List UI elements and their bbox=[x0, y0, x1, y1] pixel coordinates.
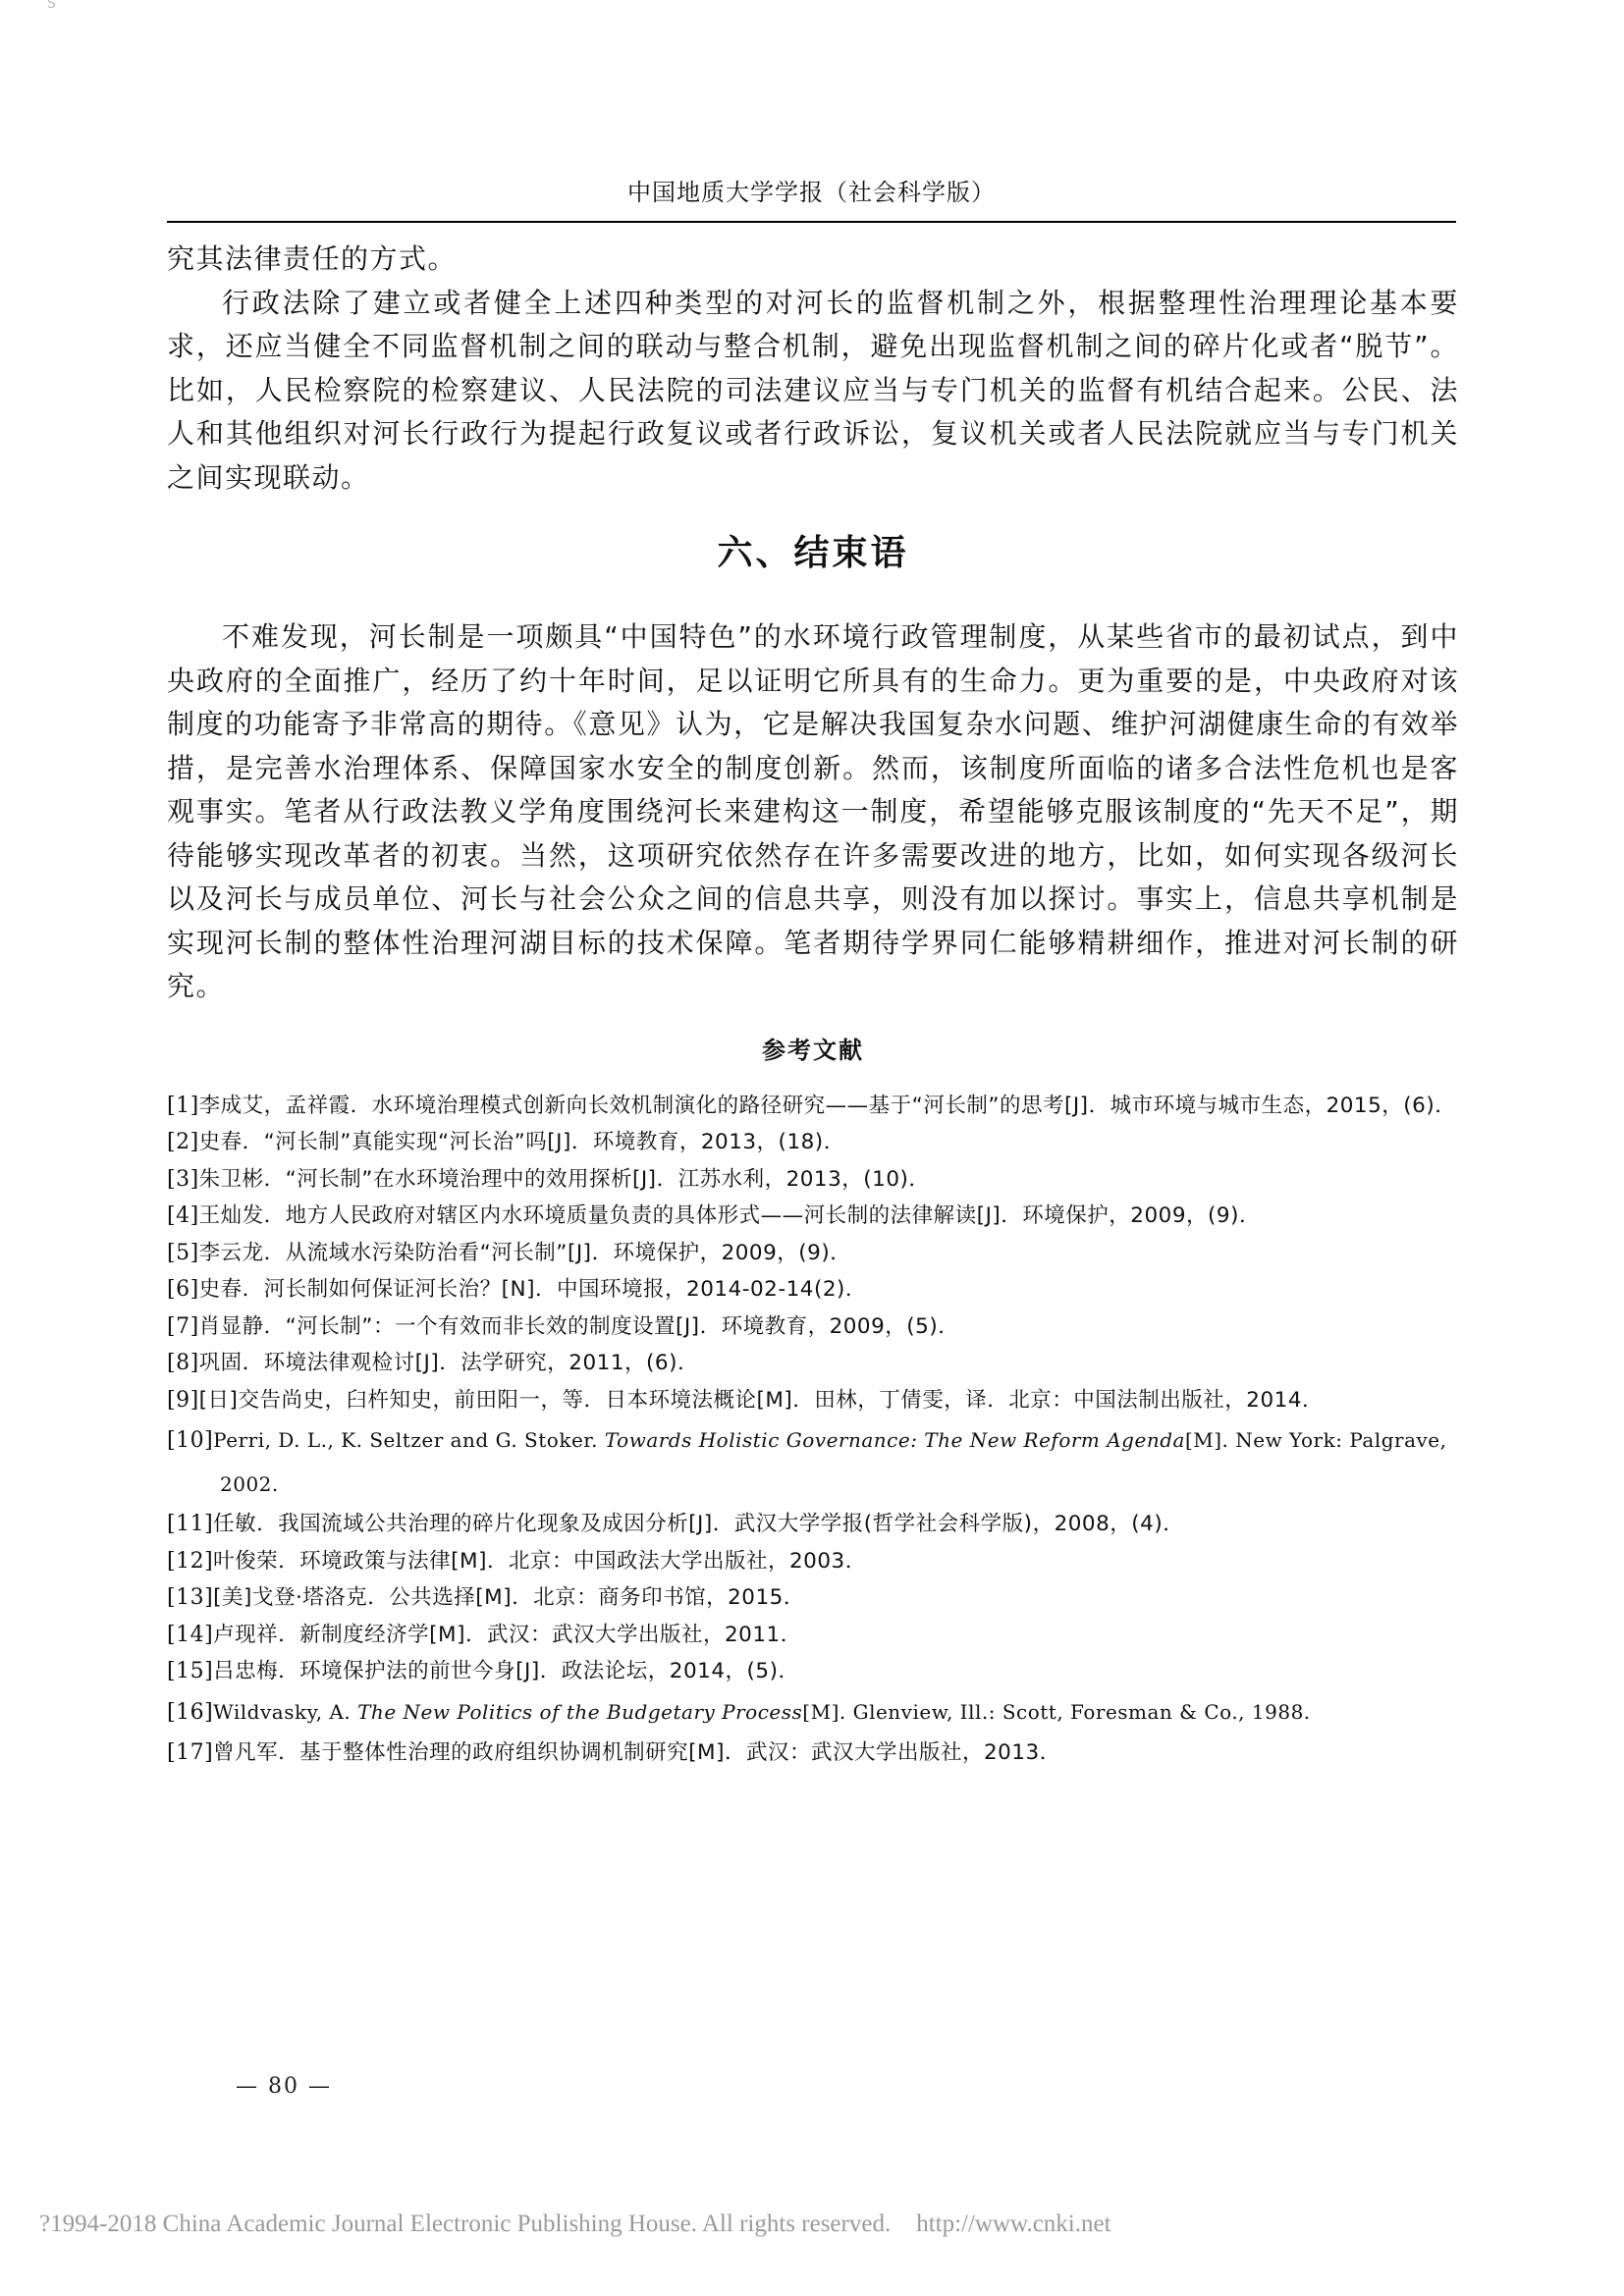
reference-title-italic: Towards Holistic Governance: The New Ref… bbox=[605, 1428, 1185, 1452]
paragraph-conclusion: 不难发现，河长制是一项颇具“中国特色”的水环境行政管理制度，从某些省市的最初试点… bbox=[167, 615, 1459, 1009]
reference-item-16: [16]Wildvasky, A. The New Politics of th… bbox=[167, 1690, 1459, 1735]
reference-item-5: [5]李云龙．从流域水污染防治看“河长制”[J]．环境保护，2009，(9)． bbox=[167, 1235, 1459, 1272]
reference-item-11: [11]任敏．我国流域公共治理的碎片化现象及成因分析[J]．武汉大学学报(哲学社… bbox=[167, 1506, 1459, 1543]
references-title: 参考文献 bbox=[167, 1033, 1459, 1068]
paragraph-linkage-mechanism: 行政法除了建立或者健全上述四种类型的对河长的监督机制之外，根据整理性治理理论基本… bbox=[167, 282, 1459, 501]
reference-item-8: [8]巩固．环境法律观检讨[J]．法学研究，2011，(6)． bbox=[167, 1345, 1459, 1382]
reference-item-3: [3]朱卫彬．“河长制”在水环境治理中的效用探析[J]．江苏水利，2013，(1… bbox=[167, 1161, 1459, 1199]
reference-item-9: [9][日]交告尚史，臼杵知史，前田阳一，等．日本环境法概论[M]．田林，丁倩雯… bbox=[167, 1382, 1459, 1419]
copyright-notice: ?1994-2018 China Academic Journal Electr… bbox=[39, 2211, 891, 2237]
footer-copyright: ?1994-2018 China Academic Journal Electr… bbox=[39, 2211, 1111, 2238]
article-body: 究其法律责任的方式。 行政法除了建立或者健全上述四种类型的对河长的监督机制之外，… bbox=[167, 238, 1459, 1771]
reference-item-4: [4]王灿发．地方人民政府对辖区内水环境质量负责的具体形式——河长制的法律解读[… bbox=[167, 1198, 1459, 1235]
reference-item-10: [10]Perri, D. L., K. Seltzer and G. Stok… bbox=[167, 1418, 1459, 1506]
reference-item-12: [12]叶俊荣．环境政策与法律[M]．北京：中国政法大学出版社，2003． bbox=[167, 1543, 1459, 1580]
reference-list: [1]李成艾，孟祥霞．水环境治理模式创新向长效机制演化的路径研究——基于“河长制… bbox=[167, 1088, 1459, 1772]
reference-item-2: [2]史春．“河长制”真能实现“河长治”吗[J]．环境教育，2013，(18)． bbox=[167, 1124, 1459, 1161]
reference-item-1: [1]李成艾，孟祥霞．水环境治理模式创新向长效机制演化的路径研究——基于“河长制… bbox=[167, 1088, 1459, 1125]
continued-paragraph: 究其法律责任的方式。 bbox=[167, 238, 1459, 282]
cnki-url-link[interactable]: http://www.cnki.net bbox=[916, 2211, 1110, 2237]
section-title-conclusion: 六、结束语 bbox=[167, 529, 1459, 578]
page-number: — 80 — bbox=[236, 2074, 332, 2099]
reference-item-14: [14]卢现祥．新制度经济学[M]．武汉：武汉大学出版社，2011． bbox=[167, 1617, 1459, 1654]
header-rule-divider bbox=[167, 221, 1456, 223]
reference-title-italic: The New Politics of the Budgetary Proces… bbox=[357, 1700, 802, 1724]
reference-item-7: [7]肖显静．“河长制”：一个有效而非长效的制度设置[J]．环境教育，2009，… bbox=[167, 1308, 1459, 1346]
reference-item-17: [17]曾凡军．基于整体性治理的政府组织协调机制研究[M]．武汉：武汉大学出版社… bbox=[167, 1735, 1459, 1772]
running-header-journal-title: 中国地质大学学报（社会科学版） bbox=[167, 173, 1456, 207]
corner-scan-mark: S bbox=[47, 0, 56, 12]
reference-item-15: [15]吕忠梅．环境保护法的前世今身[J]．政法论坛，2014，(5)． bbox=[167, 1653, 1459, 1690]
reference-item-6: [6]史春．河长制如何保证河长治？[N]．中国环境报，2014-02-14(2)… bbox=[167, 1271, 1459, 1308]
reference-item-13: [13][美]戈登·塔洛克．公共选择[M]．北京：商务印书馆，2015． bbox=[167, 1579, 1459, 1617]
